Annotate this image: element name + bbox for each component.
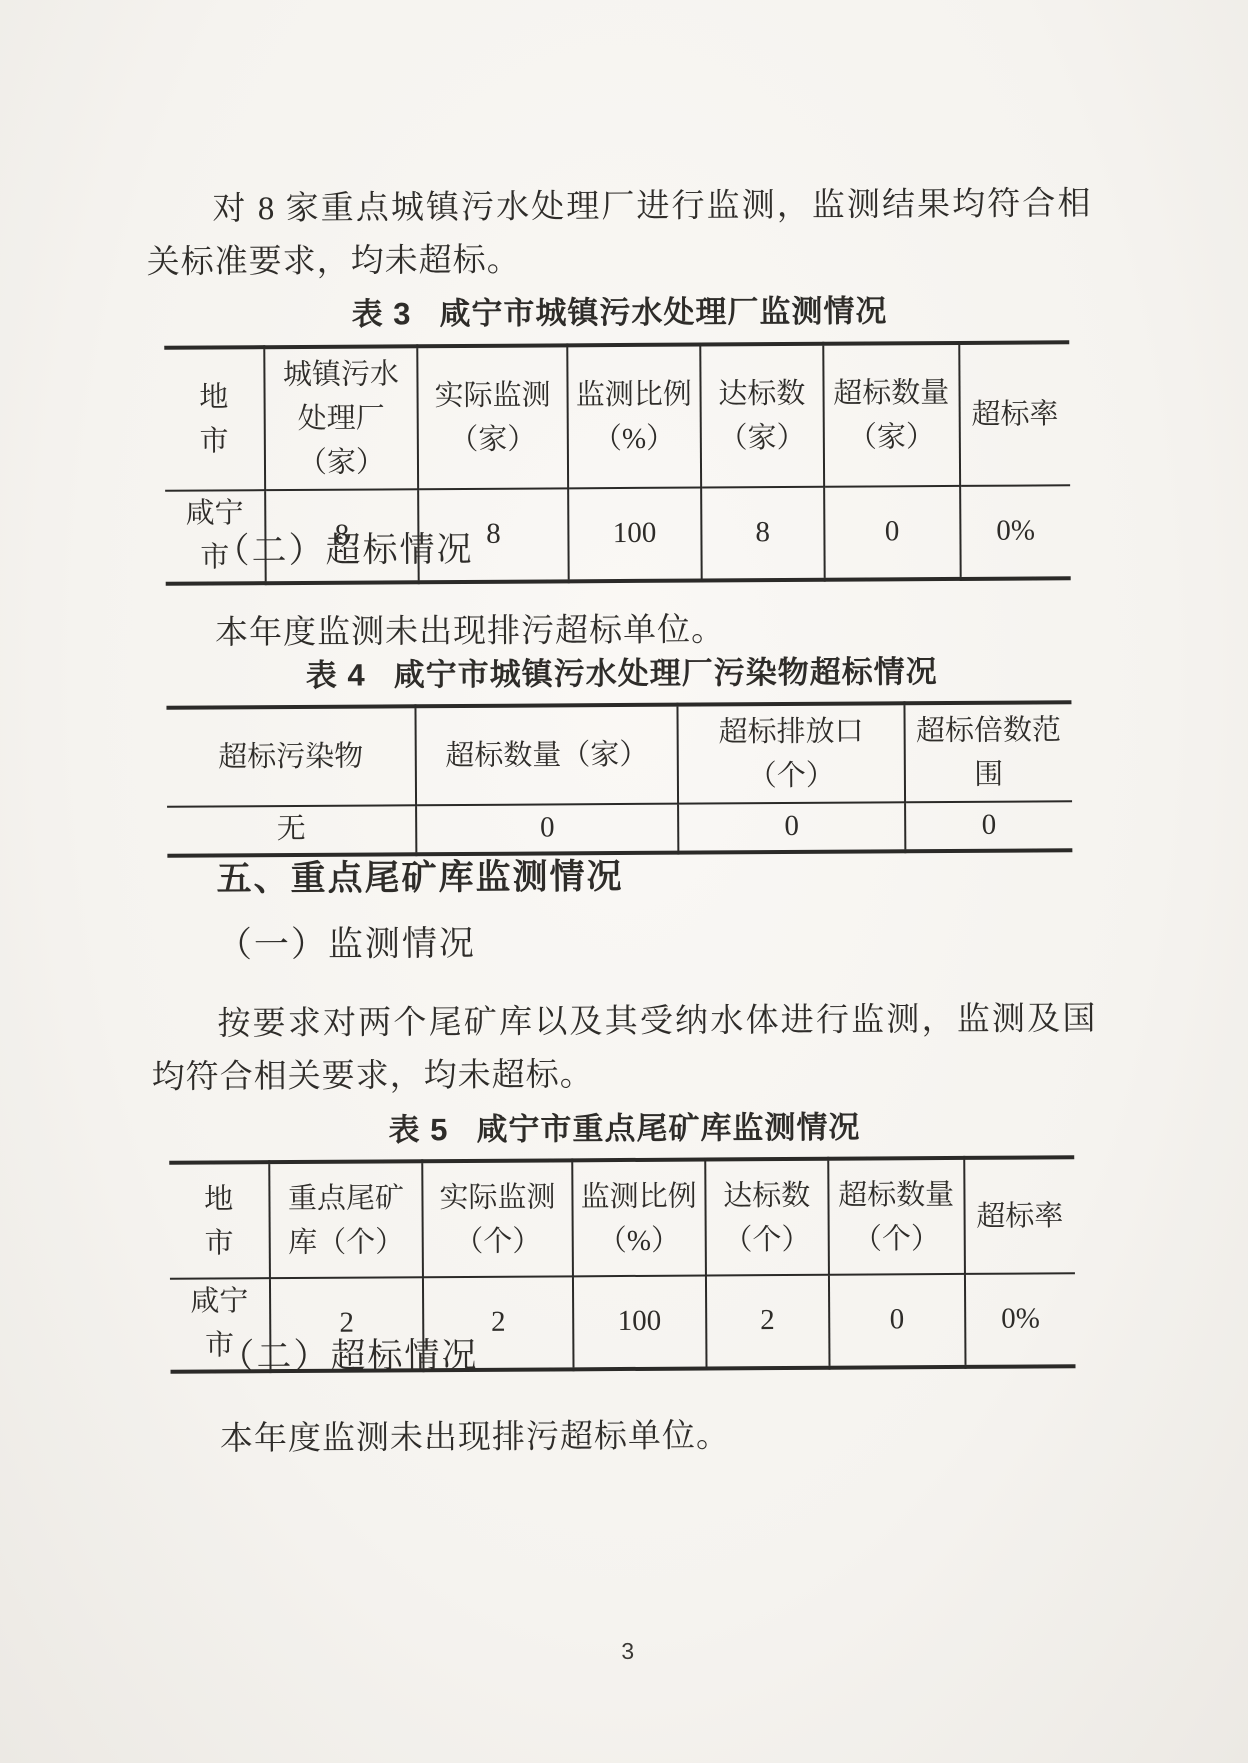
cell-ratio: 100 [573,1276,707,1370]
cell-outlets: 0 [678,802,905,852]
cell-exceed-rate: 0% [960,485,1071,579]
heading-exceedance-section4: （二）超标情况 [214,522,473,574]
heading-section-5-tailings: 五、重点尾矿库监测情况 [216,849,623,901]
col-header-exceed-count: 超标数量（家） [415,705,678,806]
cell-exceed-rate: 0% [965,1273,1076,1367]
col-header-compliant: 达标数（家） [700,344,824,488]
table-pollutant-exceedance: 超标污染物 超标数量（家） 超标排放口（个） 超标倍数范围 无 0 0 0 [166,700,1072,858]
cell-exceed-count: 0 [416,804,679,855]
col-header-monitored: 实际监测（家） [418,345,568,489]
col-header-exceed-count: 超标数量（家） [823,343,960,487]
table4-title-text: 咸宁市城镇污水处理厂污染物超标情况 [394,654,938,692]
table5-title: 表 5咸宁市重点尾矿库监测情况 [152,1100,1097,1151]
col-header-outlets: 超标排放口（个） [678,703,905,803]
col-header-exceed-rate: 超标率 [959,342,1070,486]
table4-title: 表 4咸宁市城镇污水处理厂污染物超标情况 [149,645,1094,696]
col-header-exceed-rate: 超标率 [964,1157,1075,1274]
col-header-compliant: 达标数（个） [705,1159,829,1276]
col-header-plants: 城镇污水处理厂（家） [264,346,419,490]
table-header-row: 地 市 城镇污水处理厂（家） 实际监测（家） 监测比例（%） 达标数（家） 超标… [164,342,1070,491]
col-header-tailings: 重点尾矿库（个） [269,1161,424,1278]
table5-title-text: 咸宁市重点尾矿库监测情况 [476,1110,860,1147]
table5-label: 表 5 [389,1112,449,1147]
scanned-document-page: 对 8 家重点城镇污水处理厂进行监测，监测结果均符合相关标准要求，均未超标。 表… [0,0,1248,1763]
col-header-city: 地 市 [164,347,264,491]
paragraph-tailings-summary: 按要求对两个尾矿库以及其受纳水体进行监测，监测及国均符合相关要求，均未超标。 [151,993,1097,1105]
table-row: 无 0 0 0 [167,801,1072,856]
paragraph-wastewater-summary: 对 8 家重点城镇污水处理厂进行监测，监测结果均符合相关标准要求，均未超标。 [146,178,1092,290]
cell-multiple-range: 0 [905,801,1073,851]
col-header-monitored: 实际监测（个） [423,1160,573,1277]
col-header-pollutant: 超标污染物 [166,706,415,807]
table3-title: 表 3咸宁市城镇污水处理厂监测情况 [147,284,1092,335]
heading-exceedance-section5: （二）超标情况 [219,1328,478,1380]
col-header-exceed-count: 超标数量（个） [828,1158,964,1275]
table4-label: 表 4 [306,658,366,693]
table3-title-text: 咸宁市城镇污水处理厂监测情况 [439,293,887,331]
col-header-city: 地 市 [169,1162,269,1279]
paragraph-no-exceedance-2: 本年度监测未出现排污超标单位。 [154,1408,1099,1467]
table3-label: 表 3 [352,296,412,331]
cell-exceed-count: 0 [829,1274,965,1368]
cell-compliant: 8 [701,487,825,581]
page-content: 对 8 家重点城镇污水处理厂进行监测，监测结果均符合相关标准要求，均未超标。 表… [0,0,1248,1763]
col-header-ratio: 监测比例（%） [572,1160,706,1277]
table-header-row: 超标污染物 超标数量（家） 超标排放口（个） 超标倍数范围 [166,702,1072,807]
cell-compliant: 2 [706,1275,830,1369]
cell-exceed-count: 0 [824,486,960,580]
cell-pollutant: 无 [167,805,416,856]
page-number: 3 [155,1635,1100,1668]
heading-monitoring-section5: （一）监测情况 [217,916,476,968]
col-header-ratio: 监测比例（%） [567,345,701,489]
col-header-multiple-range: 超标倍数范围 [904,702,1072,802]
cell-ratio: 100 [568,488,702,582]
table-header-row: 地 市 重点尾矿库（个） 实际监测（个） 监测比例（%） 达标数（个） 超标数量… [169,1157,1075,1279]
